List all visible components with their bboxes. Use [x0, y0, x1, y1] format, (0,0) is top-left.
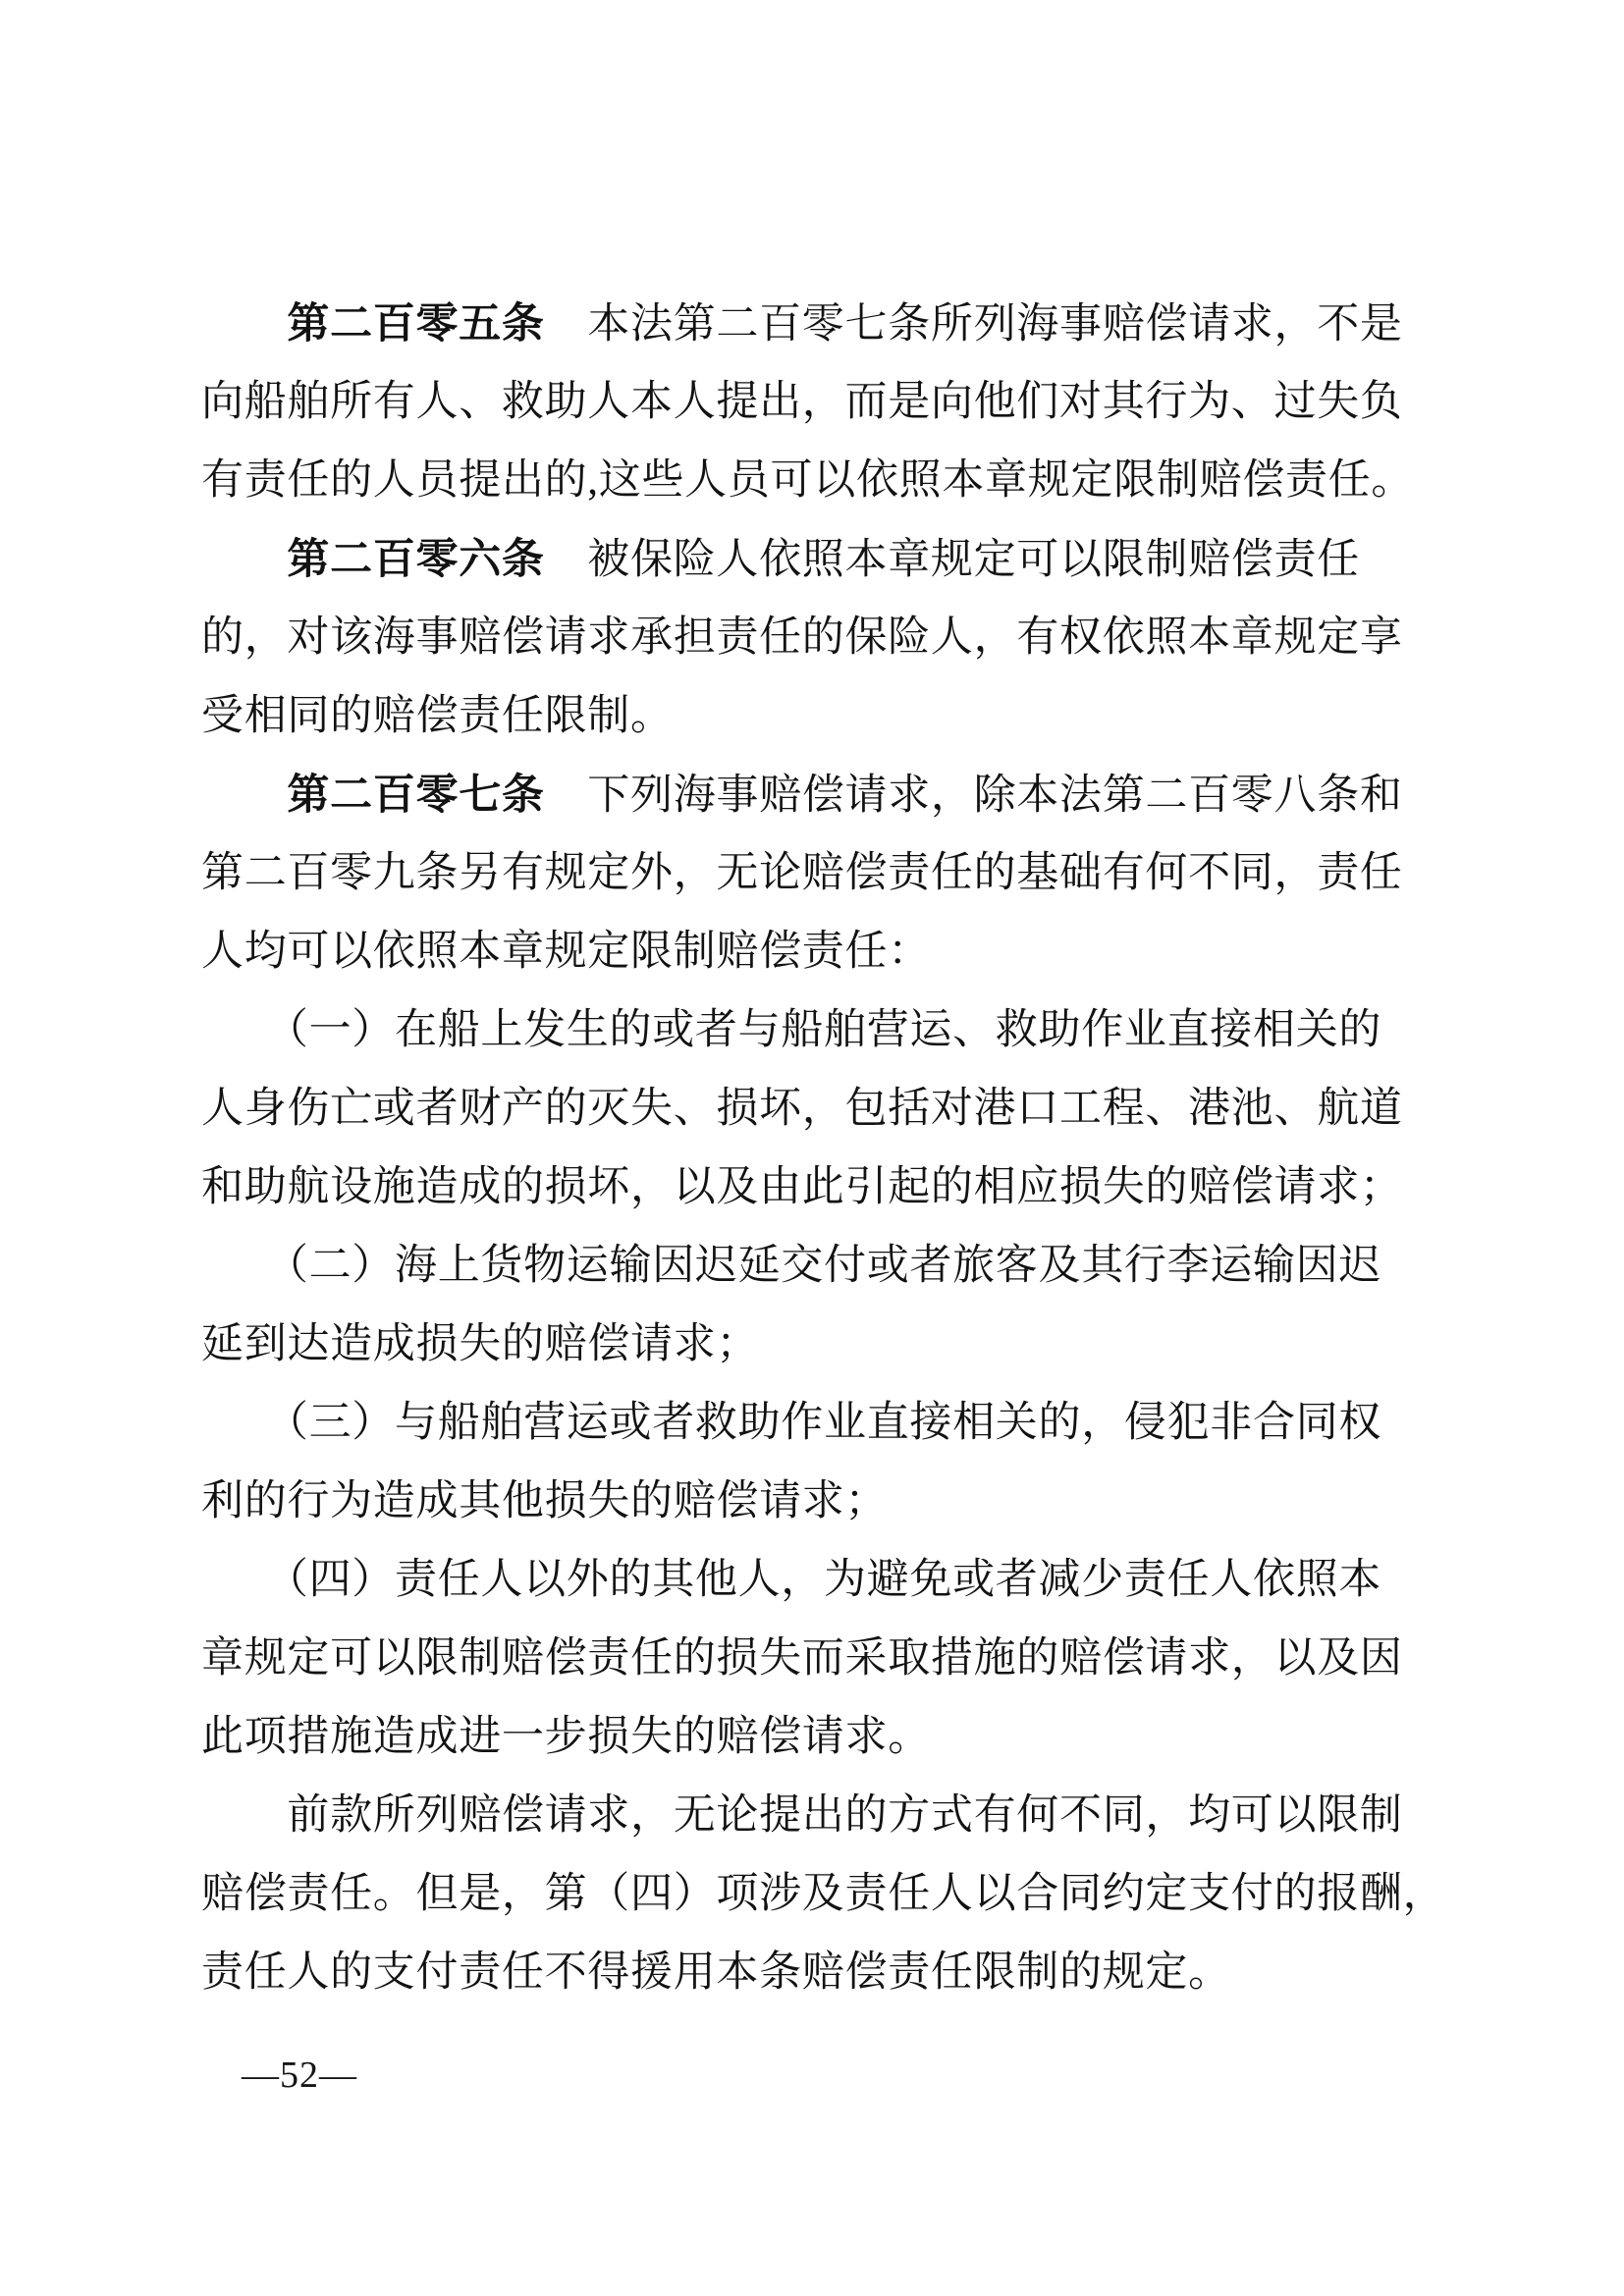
- text-segment: （三）与船舶营运或者救助作业直接相关的，侵犯非合同权: [201, 1400, 1381, 1446]
- text-line: 此项措施造成进一步损失的赔偿请求。: [201, 1698, 1409, 1777]
- text-line: 第二百零九条另有规定外，无论赔偿责任的基础有何不同，责任: [201, 834, 1409, 913]
- article-206-heading: 第二百零六条: [201, 536, 545, 583]
- text-segment: 的，对该海事赔偿请求承担责任的保险人，有权依照本章规定享: [201, 614, 1403, 661]
- text-line: 第二百零六条 被保险人依照本章规定可以限制赔偿责任: [201, 520, 1409, 599]
- text-line: 章规定可以限制赔偿责任的损失而采取措施的赔偿请求，以及因: [201, 1620, 1409, 1698]
- text-segment: 受相同的赔偿责任限制。: [201, 693, 674, 739]
- text-line: 赔偿责任。但是，第（四）项涉及责任人以合同约定支付的报酬，: [201, 1855, 1409, 1934]
- text-segment: 延到达造成损失的赔偿请求；: [201, 1321, 759, 1367]
- text-line: （四）责任人以外的其他人，为避免或者减少责任人依照本: [201, 1541, 1409, 1620]
- text-line: （二）海上货物运输因迟延交付或者旅客及其行李运输因迟: [201, 1227, 1409, 1306]
- text-line: （三）与船舶营运或者救助作业直接相关的，侵犯非合同权: [201, 1384, 1409, 1463]
- text-line: 责任人的支付责任不得援用本条赔偿责任限制的规定。: [201, 1934, 1409, 2012]
- text-segment: 人身伤亡或者财产的灭失、损坏，包括对港口工程、港池、航道: [201, 1086, 1403, 1132]
- text-segment: 下列海事赔偿请求，除本法第二百零八条和: [545, 773, 1403, 819]
- text-segment: （一）在船上发生的或者与船舶营运、救助作业直接相关的: [201, 1007, 1381, 1053]
- text-line: 延到达造成损失的赔偿请求；: [201, 1306, 1409, 1384]
- text-line: 有责任的人员提出的,这些人员可以依照本章规定限制赔偿责任。: [201, 442, 1409, 520]
- text-line: 第二百零七条 下列海事赔偿请求，除本法第二百零八条和: [201, 756, 1409, 834]
- text-segment: 第二百零九条另有规定外，无论赔偿责任的基础有何不同，责任: [201, 850, 1403, 896]
- text-segment: （二）海上货物运输因迟延交付或者旅客及其行李运输因迟: [201, 1243, 1381, 1289]
- text-segment: 前款所列赔偿请求，无论提出的方式有何不同，均可以限制: [201, 1792, 1403, 1839]
- article-207-heading: 第二百零七条: [201, 772, 545, 819]
- text-segment: 和助航设施造成的损坏，以及由此引起的相应损失的赔偿请求；: [201, 1164, 1403, 1210]
- text-segment: 章规定可以限制赔偿责任的损失而采取措施的赔偿请求，以及因: [201, 1635, 1403, 1682]
- text-segment: 本法第二百零七条所列海事赔偿请求，不是: [545, 301, 1403, 347]
- text-segment: 此项措施造成进一步损失的赔偿请求。: [201, 1714, 931, 1760]
- text-line: 向船舶所有人、救助人本人提出，而是向他们对其行为、过失负: [201, 363, 1409, 442]
- page-number: —52—: [242, 2056, 357, 2095]
- text-segment: 被保险人依照本章规定可以限制赔偿责任: [545, 537, 1360, 583]
- text-line: 前款所列赔偿请求，无论提出的方式有何不同，均可以限制: [201, 1777, 1409, 1855]
- text-line: 人均可以依照本章规定限制赔偿责任：: [201, 913, 1409, 991]
- text-segment: 有责任的人员提出的,这些人员可以依照本章规定限制赔偿责任。: [201, 457, 1414, 504]
- text-segment: 利的行为造成其他损失的赔偿请求；: [201, 1478, 888, 1524]
- text-line: 受相同的赔偿责任限制。: [201, 677, 1409, 756]
- document-page: { "page": { "number_label": "—52—" }, "d…: [0, 0, 1624, 2296]
- text-segment: （四）责任人以外的其他人，为避免或者减少责任人依照本: [201, 1557, 1381, 1603]
- text-segment: 人均可以依照本章规定限制赔偿责任：: [201, 929, 931, 975]
- legal-text-block: 第二百零五条 本法第二百零七条所列海事赔偿请求，不是 向船舶所有人、救助人本人提…: [201, 285, 1409, 2012]
- article-205-heading: 第二百零五条: [201, 300, 545, 347]
- text-line: 和助航设施造成的损坏，以及由此引起的相应损失的赔偿请求；: [201, 1148, 1409, 1227]
- text-line: 利的行为造成其他损失的赔偿请求；: [201, 1463, 1409, 1541]
- text-segment: 向船舶所有人、救助人本人提出，而是向他们对其行为、过失负: [201, 379, 1403, 425]
- text-line: 人身伤亡或者财产的灭失、损坏，包括对港口工程、港池、航道: [201, 1070, 1409, 1148]
- text-line: （一）在船上发生的或者与船舶营运、救助作业直接相关的: [201, 991, 1409, 1070]
- text-line: 的，对该海事赔偿请求承担责任的保险人，有权依照本章规定享: [201, 599, 1409, 677]
- text-line: 第二百零五条 本法第二百零七条所列海事赔偿请求，不是: [201, 285, 1409, 363]
- text-segment: 责任人的支付责任不得援用本条赔偿责任限制的规定。: [201, 1949, 1231, 1996]
- text-segment: 赔偿责任。但是，第（四）项涉及责任人以合同约定支付的报酬，: [201, 1871, 1445, 1917]
